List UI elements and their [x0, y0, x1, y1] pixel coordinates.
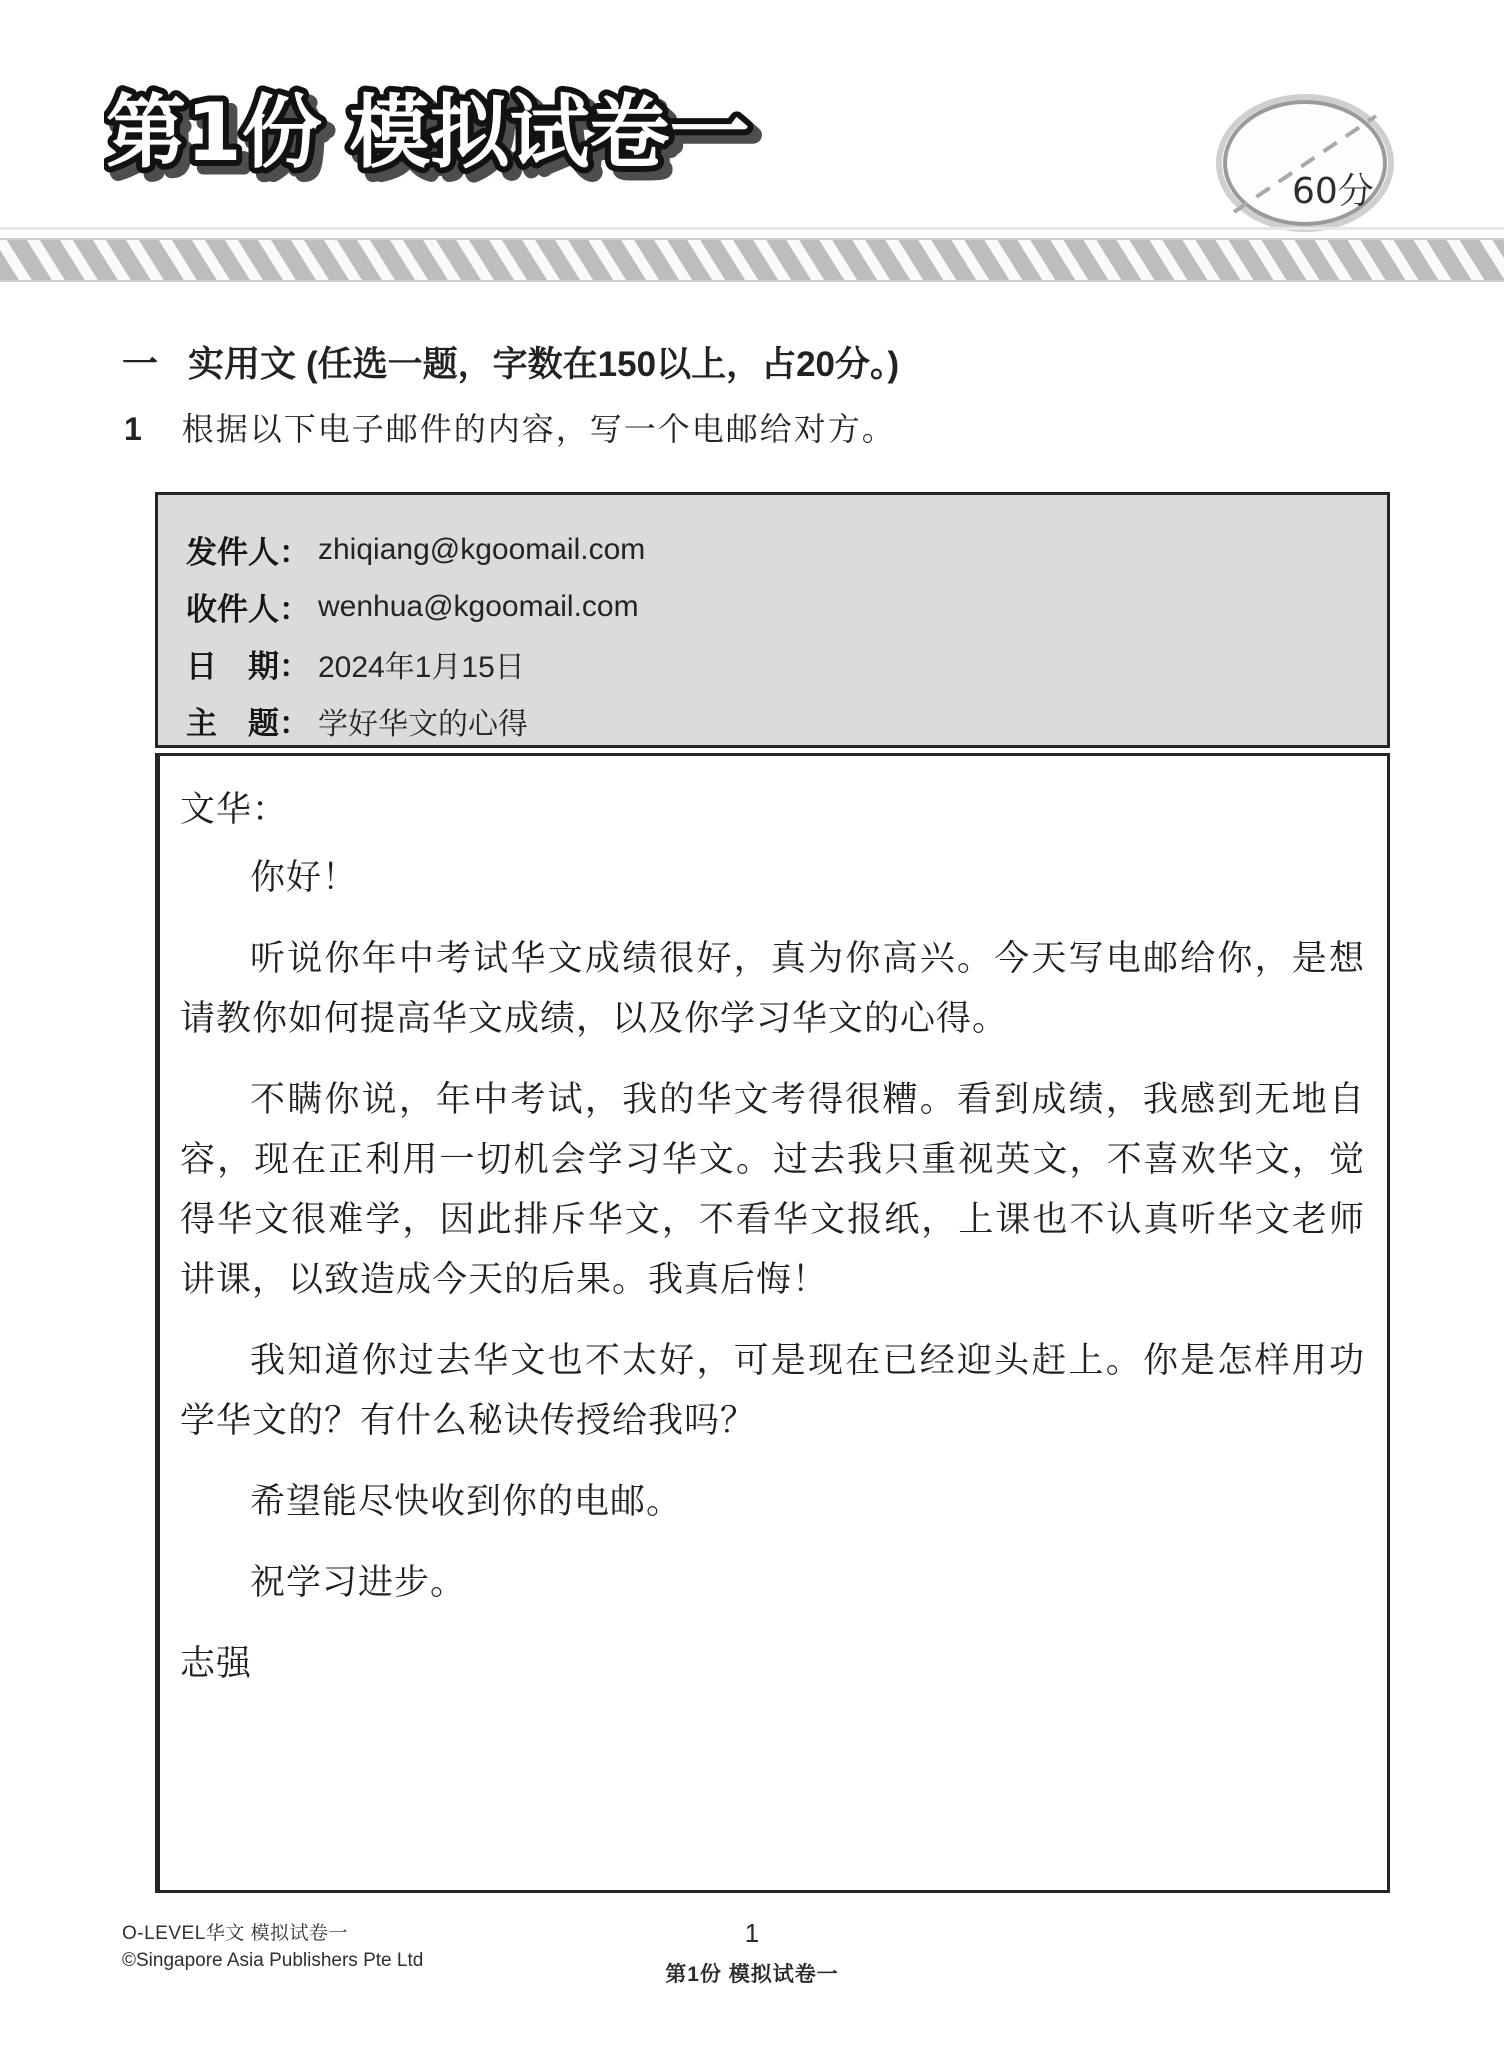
score-badge: 60分: [1214, 90, 1396, 238]
footer-caption: 第1份 模拟试卷一: [0, 1958, 1504, 1988]
email-closing: 祝学习进步。: [180, 1553, 1365, 1613]
email-header-box: 发件人： zhiqiang@kgoomail.com 收件人： wenhua@k…: [155, 492, 1390, 748]
section-name: 实用文: [188, 336, 296, 387]
subject-label: 主 题：: [186, 698, 310, 743]
email-header-row-from: 发件人： zhiqiang@kgoomail.com: [186, 521, 1387, 578]
subject-value: 学好华文的心得: [318, 699, 528, 743]
divider-hairline: [0, 227, 1504, 230]
exam-page: 第1份 模拟试卷一 第1份 模拟试卷一 60分 一实用文(任选一题，字数在150…: [0, 0, 1504, 2057]
score-badge-label: 60分: [1292, 171, 1374, 212]
email-paragraph: 希望能尽快收到你的电邮。: [180, 1472, 1365, 1532]
email-body-box: 文华： 你好！ 听说你年中考试华文成绩很好，真为你高兴。今天写电邮给你，是想请教…: [155, 753, 1390, 1893]
question-number: 1: [124, 411, 142, 448]
footer-center: 1 第1份 模拟试卷一: [0, 1918, 1504, 1988]
email-header-row-subject: 主 题： 学好华文的心得: [186, 692, 1387, 749]
from-label: 发件人：: [186, 527, 310, 572]
from-value: zhiqiang@kgoomail.com: [318, 533, 645, 567]
page-title: 第1份 模拟试卷一: [106, 86, 750, 179]
date-label: 日 期：: [186, 641, 310, 686]
email-paragraph: 我知道你过去华文也不太好，可是现在已经迎头赶上。你是怎样用功学华文的？有什么秘诀…: [180, 1331, 1365, 1451]
to-label: 收件人：: [186, 584, 310, 629]
email-salutation: 文华：: [180, 780, 1365, 840]
to-value: wenhua@kgoomail.com: [318, 590, 639, 624]
divider-stripes: [0, 238, 1504, 282]
question-line: 1根据以下电子邮件的内容，写一个电邮给对方。: [124, 404, 896, 450]
page-number: 1: [0, 1918, 1504, 1948]
section-number: 一: [122, 336, 158, 387]
email-paragraph: 你好！: [180, 848, 1365, 908]
section-heading: 一实用文(任选一题，字数在150以上，占20分。): [122, 336, 899, 387]
email-header-row-to: 收件人： wenhua@kgoomail.com: [186, 578, 1387, 635]
email-header-row-date: 日 期： 2024年1月15日: [186, 635, 1387, 692]
email-paragraph: 听说你年中考试华文成绩很好，真为你高兴。今天写电邮给你，是想请教你如何提高华文成…: [180, 929, 1365, 1049]
email-signature: 志强: [180, 1634, 1365, 1694]
date-value: 2024年1月15日: [318, 642, 525, 686]
masthead: 第1份 模拟试卷一 第1份 模拟试卷一: [104, 66, 794, 196]
section-note: (任选一题，字数在150以上，占20分。): [306, 345, 899, 384]
question-text: 根据以下电子邮件的内容，写一个电邮给对方。: [182, 410, 896, 448]
email-paragraph: 不瞒你说，年中考试，我的华文考得很糟。看到成绩，我感到无地自容，现在正利用一切机…: [180, 1070, 1365, 1310]
